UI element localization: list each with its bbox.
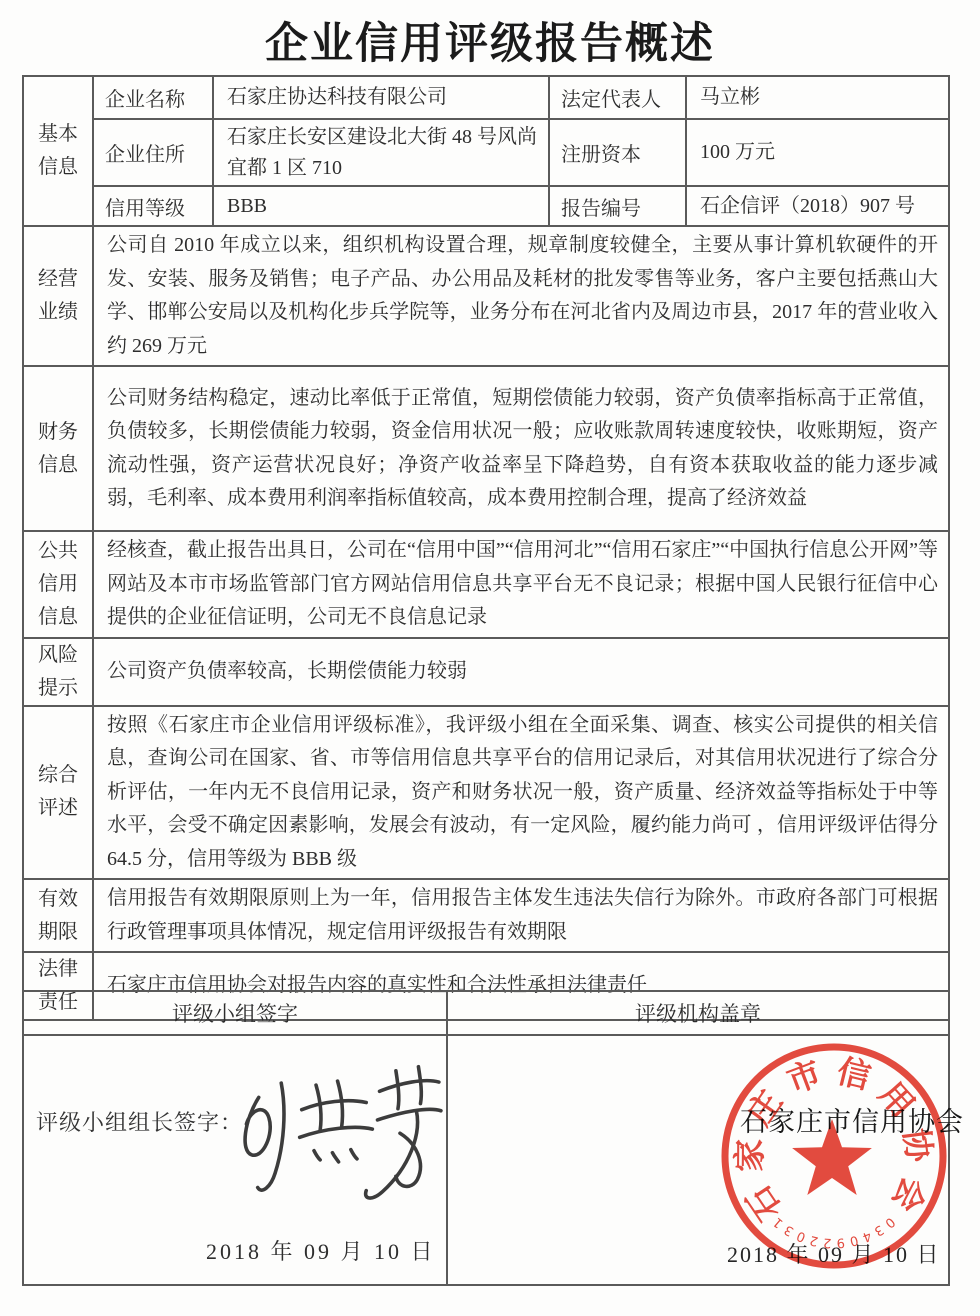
field-label-credit-rating: 信用等级 <box>93 186 213 226</box>
section-label-financial-info: 财务 信息 <box>23 366 93 531</box>
field-label-company-address: 企业住所 <box>93 119 213 186</box>
section-label-public-credit-info: 公共 信用 信息 <box>23 531 93 638</box>
field-value-legal-representative: 马立彬 <box>686 76 949 119</box>
main-table: 基本 信息 企业名称 石家庄协达科技有限公司 法定代表人 马立彬 企业住所 石家… <box>22 75 950 1021</box>
signoff-header-team-signature: 评级小组签字 <box>23 991 447 1035</box>
section-label-comprehensive-review: 综合 评述 <box>23 706 93 880</box>
section-text-financial-info: 公司财务结构稳定，速动比率低于正常值，短期偿债能力较弱，资产负债率指标高于正常值… <box>93 366 949 531</box>
svg-text:3: 3 <box>871 1221 886 1238</box>
field-value-registered-capital: 100 万元 <box>686 119 949 186</box>
table-row: 基本 信息 企业名称 石家庄协达科技有限公司 法定代表人 马立彬 <box>23 76 949 119</box>
report-page: 企业信用评级报告概述 基本 信息 企业名称 石家庄协达科技有限公司 法定代表人 … <box>0 0 980 1316</box>
field-value-company-name: 石家庄协达科技有限公司 <box>213 76 549 119</box>
agency-round-seal: 石家庄市信用协会1302290430 <box>718 1040 950 1272</box>
field-value-company-address: 石家庄长安区建设北大街 48 号风尚宜都 1 区 710 <box>213 119 549 186</box>
svg-text:2: 2 <box>808 1232 820 1249</box>
signature-strokes-icon <box>228 1056 443 1231</box>
svg-text:0: 0 <box>795 1228 808 1245</box>
svg-text:4: 4 <box>860 1228 873 1245</box>
section-label-validity-period: 有效 期限 <box>23 879 93 952</box>
page-title: 企业信用评级报告概述 <box>0 10 980 71</box>
table-row: 经营 业绩 公司自 2010 年成立以来，组织机构设置合理，规章制度较健全，主要… <box>23 226 949 366</box>
field-label-report-number: 报告编号 <box>549 186 686 226</box>
svg-text:3: 3 <box>782 1221 797 1238</box>
team-signature-date: 2018 年 09 月 10 日 <box>206 1235 436 1266</box>
section-label-basic-info: 基本 信息 <box>23 76 93 226</box>
table-row: 评级小组签字 评级机构盖章 <box>23 991 949 1035</box>
field-label-registered-capital: 注册资本 <box>549 119 686 186</box>
section-text-validity-period: 信用报告有效期限原则上为一年，信用报告主体发生违法失信行为除外。市政府各部门可根… <box>93 879 949 952</box>
section-text-business-performance: 公司自 2010 年成立以来，组织机构设置合理，规章制度较健全，主要从事计算机软… <box>93 226 949 366</box>
section-text-risk-warning: 公司资产负债率较高，长期偿债能力较弱 <box>93 638 949 706</box>
svg-text:2: 2 <box>823 1234 832 1250</box>
svg-text:市: 市 <box>782 1055 826 1101</box>
table-row: 风险 提示 公司资产负债率较高，长期偿债能力较弱 <box>23 638 949 706</box>
field-label-company-name: 企业名称 <box>93 76 213 119</box>
section-label-business-performance: 经营 业绩 <box>23 226 93 366</box>
svg-text:协: 协 <box>896 1126 937 1164</box>
svg-text:9: 9 <box>836 1234 845 1250</box>
table-row: 综合 评述 按照《石家庄市企业信用评级标准》，我评级小组在全面采集、调查、核实公… <box>23 706 949 880</box>
svg-text:0: 0 <box>848 1232 860 1249</box>
section-text-comprehensive-review: 按照《石家庄市企业信用评级标准》，我评级小组在全面采集、调查、核实公司提供的相关… <box>93 706 949 880</box>
field-label-legal-representative: 法定代表人 <box>549 76 686 119</box>
svg-text:0: 0 <box>882 1214 898 1231</box>
signoff-header-agency-seal: 评级机构盖章 <box>447 991 949 1035</box>
field-value-credit-rating: BBB <box>213 186 549 226</box>
handwritten-signature: 孙燕芳 <box>228 1056 443 1231</box>
table-row: 有效 期限 信用报告有效期限原则上为一年，信用报告主体发生违法失信行为除外。市政… <box>23 879 949 952</box>
svg-text:家: 家 <box>732 1139 769 1172</box>
field-value-report-number: 石企信评（2018）907 号 <box>686 186 949 226</box>
team-leader-signature-label: 评级小组组长签字： <box>36 1106 243 1137</box>
table-row: 信用等级 BBB 报告编号 石企信评（2018）907 号 <box>23 186 949 226</box>
table-row: 企业住所 石家庄长安区建设北大街 48 号风尚宜都 1 区 710 注册资本 1… <box>23 119 949 186</box>
section-text-public-credit-info: 经核查，截止报告出具日，公司在“信用中国”“信用河北”“信用石家庄”“中国执行信… <box>93 531 949 638</box>
svg-text:信: 信 <box>833 1052 874 1097</box>
section-label-risk-warning: 风险 提示 <box>23 638 93 706</box>
star-icon <box>792 1119 872 1195</box>
table-row: 公共 信用 信息 经核查，截止报告出具日，公司在“信用中国”“信用河北”“信用石… <box>23 531 949 638</box>
table-row: 财务 信息 公司财务结构稳定，速动比率低于正常值，短期偿债能力较弱，资产负债率指… <box>23 366 949 531</box>
